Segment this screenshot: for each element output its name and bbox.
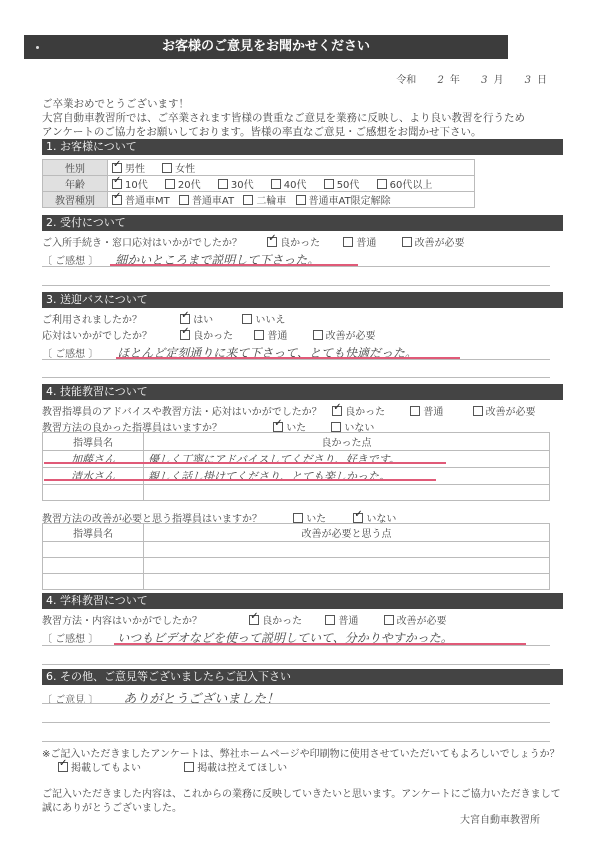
gender-male-option[interactable]: 男性 (112, 160, 145, 175)
instructor-name-cell[interactable] (43, 574, 144, 590)
option-label: 改善が必要 (415, 238, 465, 249)
improve-instructor-table: 指導員名 改善が必要と思う点 (42, 523, 550, 590)
date-year[interactable]: 2 (438, 75, 444, 86)
checkbox-checked-icon[interactable] (180, 314, 190, 324)
option-label: 掲載は控えてほしい (197, 763, 287, 774)
age-10s-option[interactable]: 10代 (112, 176, 148, 191)
option-label: 改善が必要 (397, 616, 447, 627)
instructor-good-option[interactable]: 良かった (332, 403, 385, 418)
ruled-line (42, 722, 550, 723)
instructor-improve-option[interactable]: 改善が必要 (473, 403, 536, 418)
consent-question: ※ご記入いただきましたアンケートは、弊社ホームページや印刷物に使用させていただい… (42, 748, 572, 762)
gender-label: 性別 (43, 160, 108, 176)
option-label: いいえ (255, 315, 285, 326)
option-label: 普通車AT (192, 196, 234, 207)
checkbox-icon[interactable] (243, 195, 253, 205)
column-header-instructor: 指導員名 (43, 524, 144, 542)
course-type-label: 教習種別 (43, 192, 108, 208)
ruled-line (42, 285, 550, 286)
ruled-line (42, 645, 550, 646)
table-row (43, 542, 550, 558)
table-row: 清水さん 親しく話し掛けてくださり、とても楽しかった。 (43, 468, 550, 485)
option-label: 良かった (193, 331, 233, 342)
course-at-option[interactable]: 普通車AT (179, 192, 234, 207)
instructor-name-cell[interactable] (43, 485, 144, 501)
option-label: 40代 (284, 180, 307, 191)
table-row (43, 485, 550, 501)
option-label: 普通 (423, 407, 443, 418)
column-header-good-points: 良かった点 (144, 433, 550, 451)
age-60s-plus-option[interactable]: 60代以上 (377, 176, 433, 191)
reception-question-row: ご入所手続き・窓口応対はいかがでしたか？ 良かった 普通 改善が必要 (42, 234, 479, 249)
comment-label: 〔 ご感想 〕 (42, 345, 114, 360)
ruled-line (42, 741, 550, 742)
table-header-row: 指導員名 改善が必要と思う点 (43, 524, 550, 542)
good-point-cell[interactable] (144, 485, 550, 501)
option-label: 60代以上 (390, 180, 433, 191)
checkbox-icon[interactable] (384, 615, 394, 625)
consent-block: ※ご記入いただきましたアンケートは、弊社ホームページや印刷物に使用させていただい… (42, 748, 572, 776)
option-label: 女性 (175, 164, 195, 175)
option-label: 良かった (262, 616, 302, 627)
checkbox-checked-icon[interactable] (273, 422, 283, 432)
instructor-normal-option[interactable]: 普通 (410, 403, 443, 418)
option-label: 掲載してもよい (71, 763, 141, 774)
checkbox-checked-icon[interactable] (332, 406, 342, 416)
checkbox-checked-icon[interactable] (112, 195, 122, 205)
column-header-improve-points: 改善が必要と思う点 (144, 524, 550, 542)
column-header-instructor: 指導員名 (43, 433, 144, 451)
intro-line-3: アンケートのご協力をお願いしております。皆様の率直なご意見・ご感想をお聞かせ下さ… (42, 125, 562, 139)
table-row (43, 574, 550, 590)
checkbox-icon[interactable] (296, 195, 306, 205)
good-instructor-table: 指導員名 良かった点 加藤さん 優しく丁寧にアドバイスしてくださり、好きです。 … (42, 432, 550, 501)
gender-row: 性別 男性 女性 (43, 160, 475, 176)
ruled-line (42, 664, 550, 665)
closing-line-1: ご記入いただきました内容は、これからの業務に反映していきたいと思います。アンケー… (42, 788, 572, 802)
checkbox-icon[interactable] (254, 330, 264, 340)
decorative-dot (36, 46, 39, 49)
bus-service-row: 応対はいかがでしたか？ 良かった 普通 改善が必要 (42, 327, 390, 342)
ruled-line (42, 359, 550, 360)
classroom-question-row: 教習方法・内容はいかがでしたか？ 良かった 普通 改善が必要 (42, 612, 461, 627)
bus-usage-question: ご利用されましたか？ (42, 311, 177, 326)
age-30s-option[interactable]: 30代 (218, 176, 254, 191)
intro-line-1: ご卒業おめでとうございます！ (42, 97, 562, 111)
checkbox-icon[interactable] (325, 615, 335, 625)
comment-label: 〔 ご感想 〕 (42, 630, 114, 645)
day-unit: 日 (537, 75, 547, 86)
option-label: 良かった (345, 407, 385, 418)
checkbox-icon[interactable] (410, 406, 420, 416)
section-6-header: 6. その他、ご意見等ございましたらご記入下さい (42, 669, 563, 685)
course-mt-option[interactable]: 普通車MT (112, 192, 170, 207)
checkbox-checked-icon[interactable] (249, 615, 259, 625)
checkbox-checked-icon[interactable] (112, 163, 122, 173)
course-motorcycle-option[interactable]: 二輪車 (243, 192, 286, 207)
checkbox-checked-icon[interactable] (112, 179, 122, 189)
gender-female-option[interactable]: 女性 (162, 160, 195, 175)
bus-usage-row: ご利用されましたか？ はい いいえ (42, 311, 299, 326)
checkbox-icon[interactable] (271, 179, 281, 189)
checkbox-icon[interactable] (343, 237, 353, 247)
checkbox-icon[interactable] (402, 237, 412, 247)
section-5-header: 4. 学科教習について (42, 593, 563, 609)
date-month[interactable]: 3 (481, 75, 487, 86)
checkbox-icon[interactable] (377, 179, 387, 189)
good-point-cell[interactable]: 親しく話し掛けてくださり、とても楽しかった。 (144, 468, 550, 485)
classroom-question: 教習方法・内容はいかがでしたか？ (42, 612, 246, 627)
checkbox-checked-icon[interactable] (267, 237, 277, 247)
option-label: 50代 (337, 180, 360, 191)
consent-allow-option[interactable]: 掲載してもよい (58, 762, 141, 776)
reception-normal-option[interactable]: 普通 (343, 234, 376, 249)
date-era: 令和 (396, 75, 416, 86)
date-day[interactable]: 3 (525, 75, 531, 86)
checkbox-icon[interactable] (179, 195, 189, 205)
checkbox-icon[interactable] (473, 406, 483, 416)
option-label: 男性 (125, 164, 145, 175)
checkbox-icon[interactable] (162, 163, 172, 173)
form-title-bar: お客様のご意見をお聞かせください (24, 35, 508, 59)
improve-point-cell[interactable] (144, 574, 550, 590)
age-20s-option[interactable]: 20代 (165, 176, 201, 191)
course-type-row: 教習種別 普通車MT 普通車AT 二輪車 普通車AT限定解除 (43, 192, 475, 208)
bus-normal-option[interactable]: 普通 (254, 327, 287, 342)
form-title: お客様のご意見をお聞かせください (162, 39, 370, 54)
ruled-line (42, 703, 550, 704)
improve-point-cell[interactable] (144, 558, 550, 574)
checkbox-icon[interactable] (165, 179, 175, 189)
improve-point-cell[interactable] (144, 542, 550, 558)
option-label: 20代 (178, 180, 201, 191)
instructor-name-cell[interactable] (43, 558, 144, 574)
age-50s-option[interactable]: 50代 (324, 176, 360, 191)
option-label: 30代 (231, 180, 254, 191)
option-label: 普通車MT (125, 196, 170, 207)
bus-yes-option[interactable]: はい (180, 311, 213, 326)
age-row: 年齢 10代 20代 30代 40代 50代 60代以上 (43, 176, 475, 192)
option-label: 改善が必要 (486, 407, 536, 418)
bus-service-question: 応対はいかがでしたか？ (42, 327, 177, 342)
classroom-normal-option[interactable]: 普通 (325, 612, 358, 627)
instructor-name-cell[interactable]: 加藤さん (43, 451, 144, 468)
intro-text: ご卒業おめでとうございます！ 大宮自動車教習所では、ご卒業されます皆様の貴重なご… (42, 97, 562, 139)
option-label: はい (193, 315, 213, 326)
other-comment-row: 〔 ご意見 〕 ありがとうございました！ (42, 688, 279, 707)
course-at-limit-release-option[interactable]: 普通車AT限定解除 (296, 192, 391, 207)
ruled-line (42, 377, 550, 378)
bus-good-option[interactable]: 良かった (180, 327, 233, 342)
instructor-rating-question: 教習指導員のアドバイスや教習方法・応対はいかがでしたか？ (42, 403, 329, 418)
consent-deny-option[interactable]: 掲載は控えてほしい (184, 762, 287, 776)
checkbox-icon[interactable] (242, 314, 252, 324)
age-40s-option[interactable]: 40代 (271, 176, 307, 191)
date-line: 令和 2年 3月 3日 (390, 71, 547, 86)
reception-good-option[interactable]: 良かった (267, 234, 320, 249)
checkbox-icon[interactable] (184, 762, 194, 772)
table-row (43, 558, 550, 574)
highlight-underline (44, 462, 446, 464)
comment-label: 〔 ご感想 〕 (42, 252, 112, 267)
consent-options: 掲載してもよい 掲載は控えてほしい (42, 762, 572, 776)
age-label: 年齢 (43, 176, 108, 192)
signature: 大宮自動車教習所 (460, 811, 540, 826)
option-label: 普通 (267, 331, 287, 342)
checkbox-checked-icon[interactable] (58, 762, 68, 772)
instructor-name-cell[interactable] (43, 542, 144, 558)
table-header-row: 指導員名 良かった点 (43, 433, 550, 451)
section-1-header: 1. お客様について (42, 139, 563, 155)
highlight-underline (44, 479, 436, 481)
option-label: 普通 (338, 616, 358, 627)
checkbox-icon[interactable] (293, 513, 303, 523)
table-row: 加藤さん 優しく丁寧にアドバイスしてくださり、好きです。 (43, 451, 550, 468)
customer-info-table: 性別 男性 女性 年齢 10代 20代 30代 40代 50代 60代以上 教習… (42, 159, 475, 208)
bus-no-option[interactable]: いいえ (242, 311, 285, 326)
ruled-line (42, 266, 550, 267)
option-label: 10代 (125, 180, 148, 191)
checkbox-icon[interactable] (218, 179, 228, 189)
year-unit: 年 (450, 75, 460, 86)
checkbox-icon[interactable] (313, 330, 323, 340)
checkbox-checked-icon[interactable] (353, 513, 363, 523)
classroom-good-option[interactable]: 良かった (249, 612, 302, 627)
instructor-rating-row: 教習指導員のアドバイスや教習方法・応対はいかがでしたか？ 良かった 普通 改善が… (42, 403, 550, 418)
checkbox-checked-icon[interactable] (180, 330, 190, 340)
checkbox-icon[interactable] (324, 179, 334, 189)
classroom-improve-option[interactable]: 改善が必要 (384, 612, 447, 627)
option-label: 良かった (280, 238, 320, 249)
option-label: 二輪車 (256, 196, 286, 207)
section-3-header: 3. 送迎バスについて (42, 292, 563, 308)
good-point-cell[interactable]: 優しく丁寧にアドバイスしてくださり、好きです。 (144, 451, 550, 468)
intro-line-2: 大宮自動車教習所では、ご卒業されます皆様の貴重なご意見を業務に反映し、より良い教… (42, 111, 562, 125)
option-label: 改善が必要 (326, 331, 376, 342)
checkbox-icon[interactable] (331, 422, 341, 432)
reception-improve-option[interactable]: 改善が必要 (402, 234, 465, 249)
month-unit: 月 (493, 75, 503, 86)
section-4-header: 4. 技能教習について (42, 384, 563, 400)
section-2-header: 2. 受付について (42, 215, 563, 231)
other-comment-field[interactable]: ありがとうございました！ (123, 692, 279, 707)
reception-question: ご入所手続き・窓口応対はいかがでしたか？ (42, 234, 264, 249)
bus-improve-option[interactable]: 改善が必要 (313, 327, 376, 342)
instructor-name-cell[interactable]: 清水さん (43, 468, 144, 485)
option-label: 普通車AT限定解除 (309, 196, 391, 207)
option-label: 普通 (356, 238, 376, 249)
